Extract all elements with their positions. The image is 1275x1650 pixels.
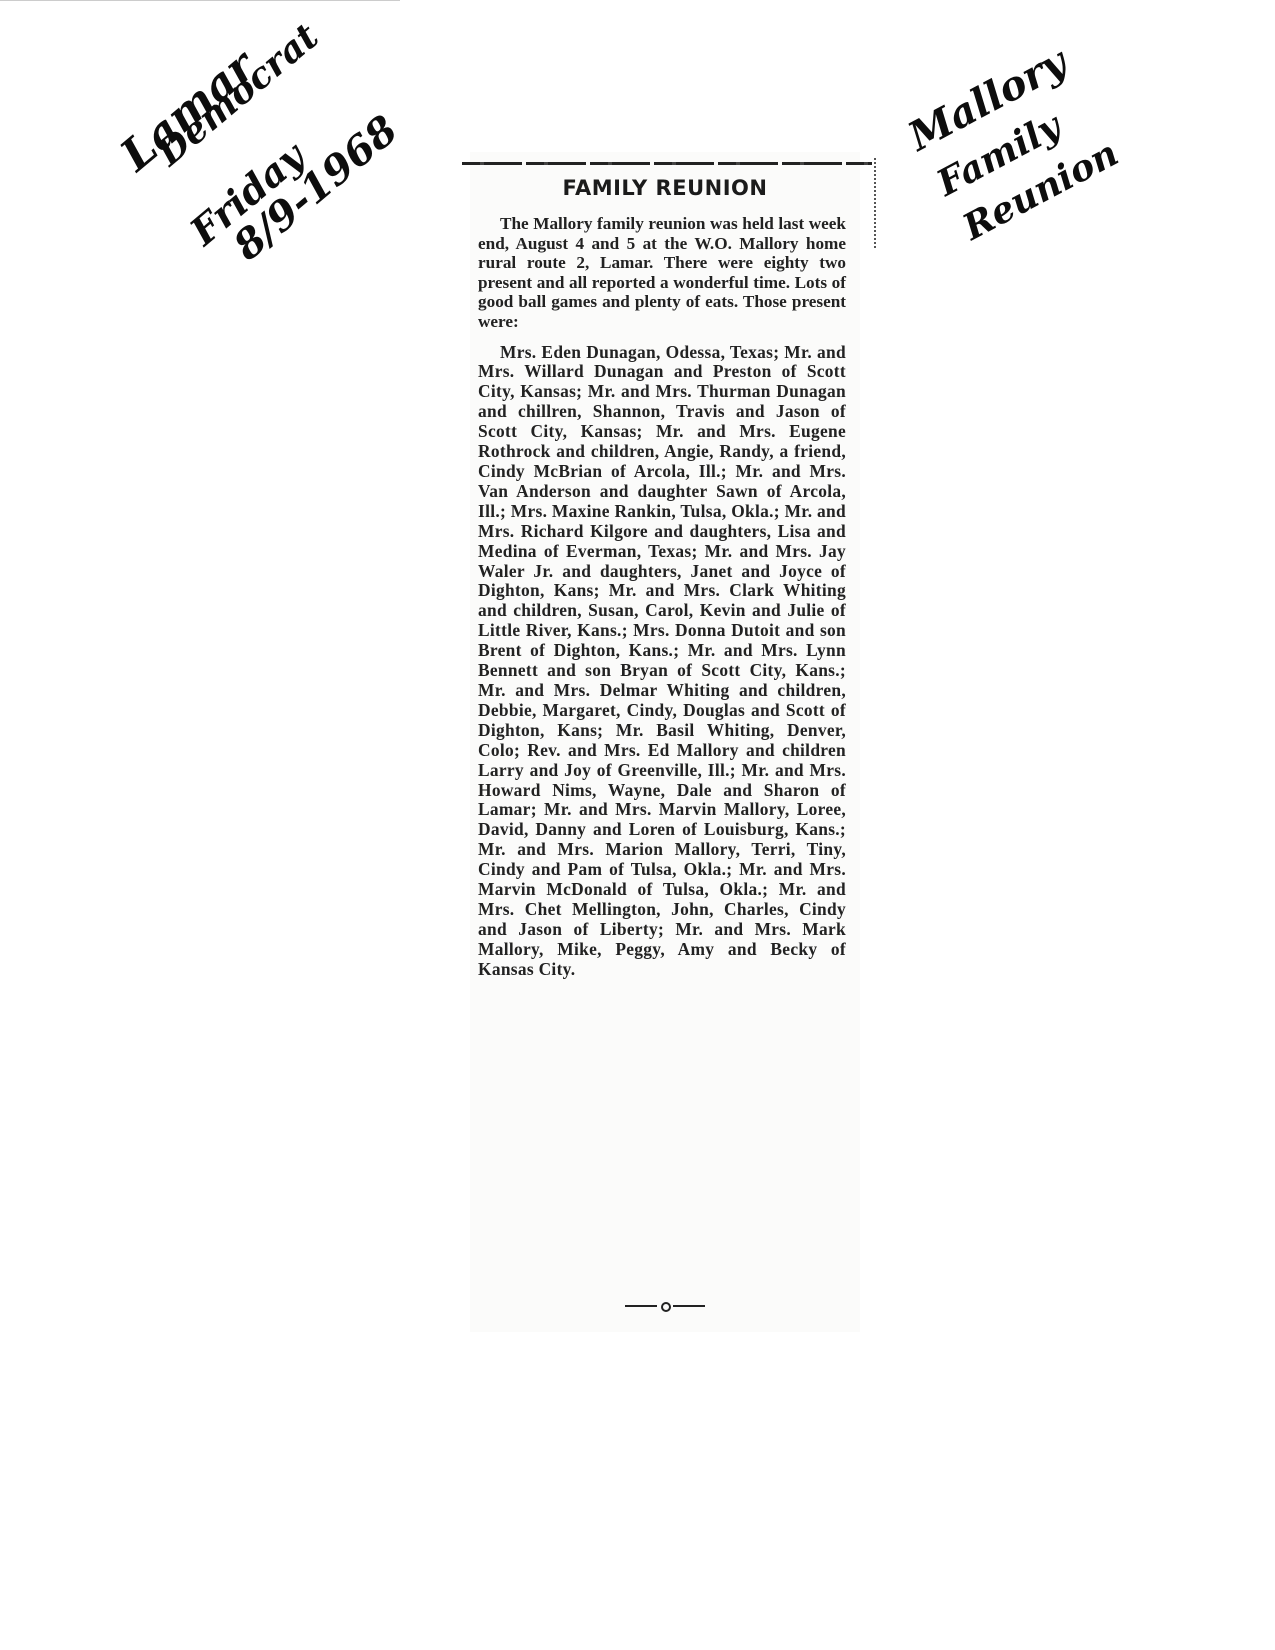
newspaper-clipping: FAMILY REUNION The Mallory family reunio…: [470, 152, 860, 1332]
ornament-circle-icon: [661, 1302, 671, 1312]
end-ornament: [625, 1302, 705, 1310]
article-intro-paragraph: The Mallory family reunion was held last…: [478, 214, 846, 332]
ornament-rule: [625, 1305, 657, 1307]
clipping-edge-marks: [868, 158, 876, 248]
scan-top-edge: [0, 0, 400, 1]
article-body: The Mallory family reunion was held last…: [478, 214, 846, 980]
attendee-list-paragraph: Mrs. Eden Dunagan, Odessa, Texas; Mr. an…: [478, 343, 846, 980]
ornament-rule: [673, 1305, 705, 1307]
article-headline: FAMILY REUNION: [470, 176, 860, 200]
